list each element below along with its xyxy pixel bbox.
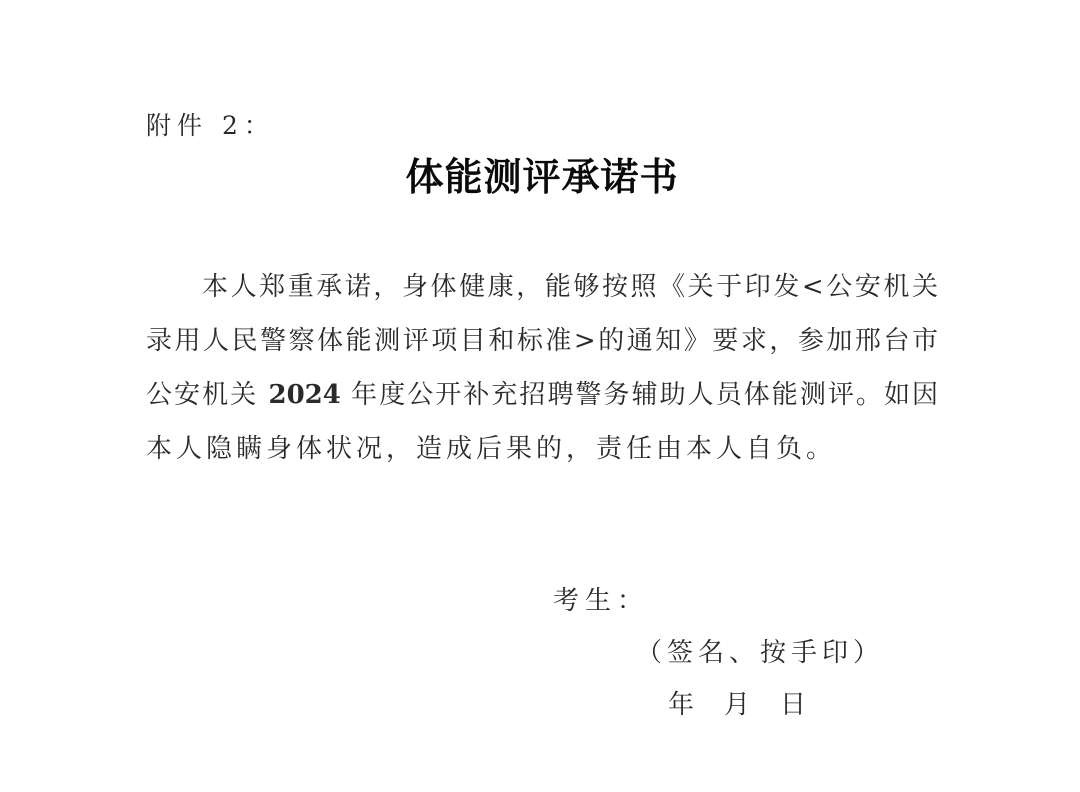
- document-page: 附件 2： 体能测评承诺书 本人郑重承诺，身体健康，能够按照《关于印发<公安机关…: [0, 0, 1080, 792]
- commitment-body: 本人郑重承诺，身体健康，能够按照《关于印发<公安机关 录用人民警察体能测评项目和…: [146, 260, 938, 476]
- attachment-label: 附件 2：: [146, 106, 275, 142]
- body-line-1: 本人郑重承诺，身体健康，能够按照《关于印发<公安机关: [146, 260, 938, 314]
- body-line-4: 本人隐瞒身体状况，造成后果的，责任由本人自负。: [146, 422, 938, 476]
- body-line-3-end: 年度公开补充招聘警务辅助人员体能测评。如因: [341, 380, 938, 410]
- body-line-3: 公安机关 2024 年度公开补充招聘警务辅助人员体能测评。如因: [146, 368, 938, 422]
- date-day-label: 日: [780, 684, 806, 721]
- date-year-label: 年: [668, 684, 694, 721]
- signature-date: 年月日: [668, 684, 806, 721]
- document-title: 体能测评承诺书: [0, 146, 1080, 201]
- year-number: 2024: [268, 380, 340, 410]
- body-line-3-start: 公安机关: [146, 380, 268, 410]
- candidate-label: 考生：: [553, 580, 649, 617]
- date-month-label: 月: [724, 684, 750, 721]
- body-line-2: 录用人民警察体能测评项目和标准>的通知》要求，参加邢台市: [146, 314, 938, 368]
- signature-note: （签名、按手印）: [636, 632, 884, 669]
